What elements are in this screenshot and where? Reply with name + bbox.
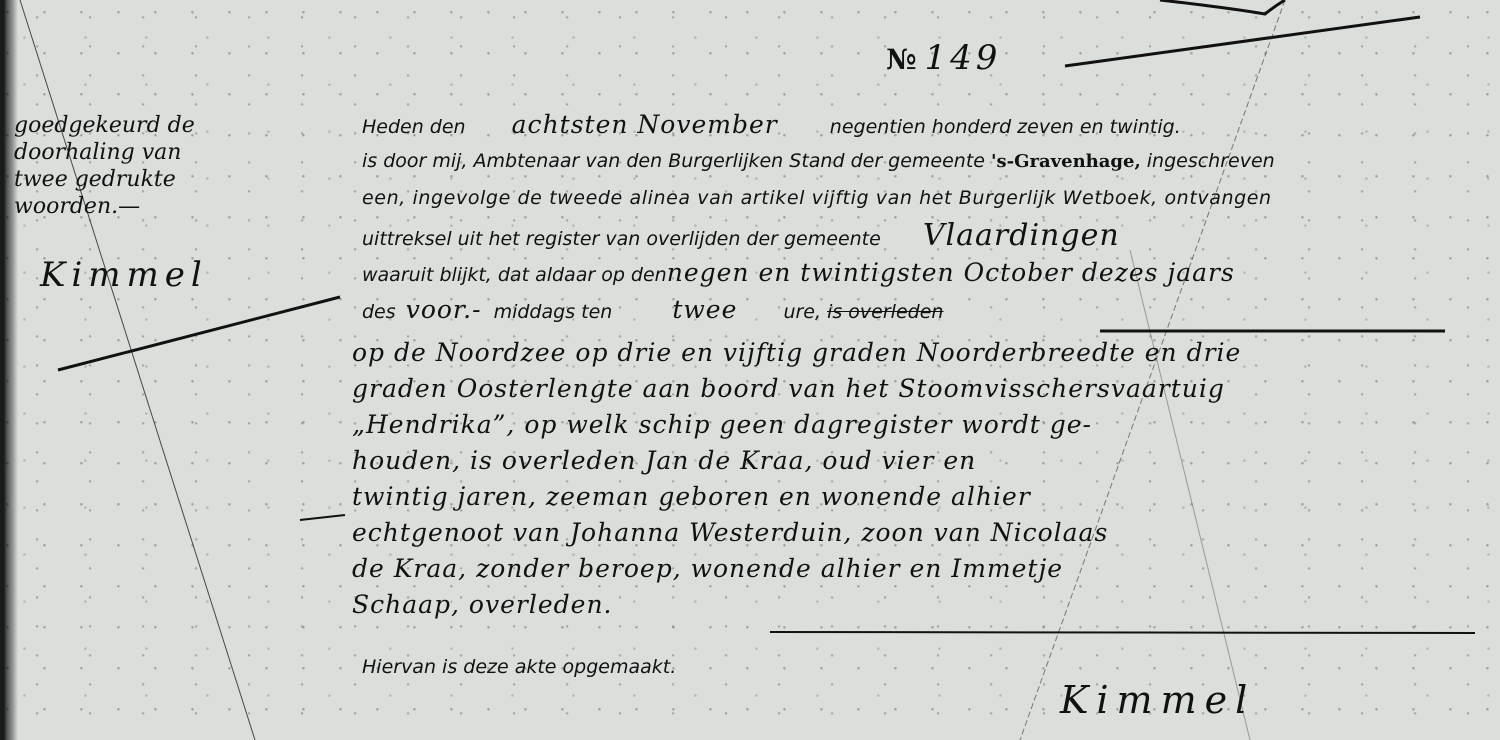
handwritten-line: Schaap, overleden.: [352, 587, 1482, 623]
printed-text: een, ingevolge de tweede alinea van arti…: [362, 187, 1272, 209]
handwritten-period: voor.-: [406, 295, 482, 324]
margin-annotation: goedgekeurd de doorhaling van twee gedru…: [14, 112, 334, 220]
printed-text: middags ten: [494, 301, 613, 323]
margin-signature: Kimmel: [40, 255, 208, 295]
form-line-1: Heden den achtsten November negentien ho…: [362, 106, 1462, 143]
registrar-signature: Kimmel: [1060, 678, 1255, 722]
handwritten-place: Vlaardingen: [923, 218, 1120, 253]
fill-rule-end: [770, 632, 1475, 633]
margin-note-line: twee gedrukte: [14, 166, 334, 193]
form-line-3: een, ingevolge de tweede alinea van arti…: [362, 180, 1462, 217]
handwritten-line: de Kraa, zonder beroep, wonende alhier e…: [352, 551, 1482, 587]
handwritten-date: negen en twintigsten October dezes jaars: [667, 258, 1235, 287]
number-value: 149: [924, 38, 1001, 78]
handwritten-body: op de Noordzee op drie en vijftig graden…: [352, 335, 1482, 623]
struck-text: is overleden: [827, 301, 943, 323]
form-line-6: des voor.- middags ten twee ure, is over…: [362, 291, 1462, 328]
printed-text: Heden den: [362, 116, 466, 138]
handwritten-line: graden Oosterlengte aan boord van het St…: [352, 371, 1482, 407]
dash-mark: [300, 515, 345, 520]
handwritten-hour: twee: [672, 295, 737, 324]
printed-text: ure,: [783, 301, 821, 323]
margin-note-line: doorhaling van: [14, 139, 334, 166]
closing-statement: Hiervan is deze akte opgemaakt.: [362, 656, 676, 678]
printed-text: uittreksel uit het register van overlijd…: [362, 228, 881, 250]
printed-text: negentien honderd zeven en twintig.: [830, 116, 1181, 138]
signature-flourish-line: [1065, 17, 1420, 66]
printed-text: is door mij, Ambtenaar van den Burgerlij…: [362, 150, 985, 172]
certificate-number: №149: [886, 38, 1001, 78]
fold-line-left: [20, 0, 255, 740]
handwritten-line: op de Noordzee op drie en vijftig graden…: [352, 335, 1482, 371]
printed-text: waaruit blijkt, dat aldaar op den: [362, 264, 667, 286]
margin-rule: [58, 297, 340, 370]
printed-text: des: [362, 301, 396, 323]
margin-note-line: woorden.—: [14, 193, 334, 220]
handwritten-line: echtgenoot van Johanna Westerduin, zoon …: [352, 515, 1482, 551]
form-line-2: is door mij, Ambtenaar van den Burgerlij…: [362, 143, 1462, 180]
signature-fragment-top: [1160, 0, 1285, 14]
municipality-name: 's-Gravenhage,: [991, 151, 1141, 172]
margin-note-line: goedgekeurd de: [14, 112, 334, 139]
handwritten-line: twintig jaren, zeeman geboren en wonende…: [352, 479, 1482, 515]
handwritten-line: houden, is overleden Jan de Kraa, oud vi…: [352, 443, 1482, 479]
form-line-5: waaruit blijkt, dat aldaar op dennegen e…: [362, 254, 1462, 291]
number-prefix: №: [886, 43, 916, 76]
handwritten-line: „Hendrika”, op welk schip geen dagregist…: [352, 407, 1482, 443]
printed-form: Heden den achtsten November negentien ho…: [362, 106, 1462, 328]
handwritten-date: achtsten November: [512, 110, 778, 139]
form-line-4: uittreksel uit het register van overlijd…: [362, 217, 1462, 254]
printed-text: ingeschreven: [1147, 150, 1275, 172]
